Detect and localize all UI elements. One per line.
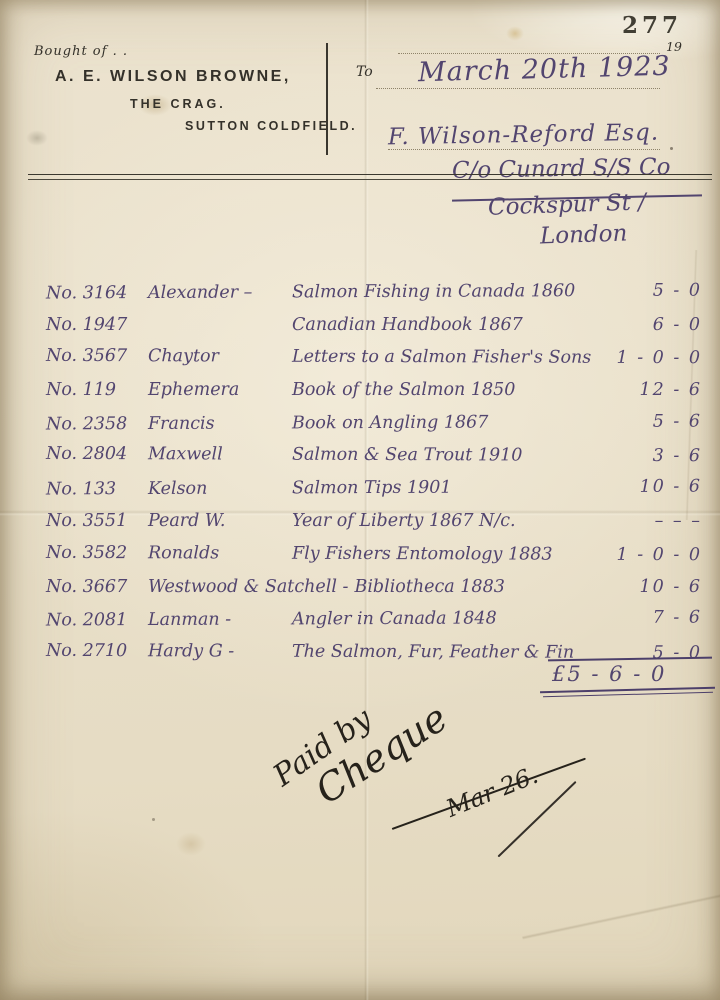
- item-price: 12 - 6: [594, 380, 708, 400]
- item-author: Ronalds: [148, 543, 292, 564]
- item-no: No. 133: [46, 479, 148, 499]
- item-author: Chaytor: [148, 347, 292, 368]
- item-title: Salmon Tips 1901: [292, 478, 594, 499]
- item-no: No. 119: [46, 380, 148, 400]
- item-no: No. 3582: [46, 543, 148, 563]
- to-label: To: [356, 64, 373, 80]
- invoice-paper: 277 Bought of . . A. E. WILSON BROWNE, T…: [0, 0, 720, 1000]
- item-price: 5 - 6: [594, 412, 708, 432]
- item-author: Westwood & Satchell -: [148, 577, 354, 597]
- item-price: 5 - 0: [594, 643, 708, 663]
- bottom-right-crease: [522, 888, 720, 940]
- item-author: Ephemera: [148, 380, 292, 400]
- ink-speck: [670, 147, 673, 150]
- double-rule-top: [28, 174, 712, 175]
- table-row: No. 2804 Maxwell Salmon & Sea Trout 1910…: [46, 438, 708, 473]
- item-no: No. 3667: [46, 577, 148, 597]
- item-no: No. 3567: [46, 347, 148, 367]
- handwritten-date: March 20th 1923: [418, 53, 671, 87]
- table-row: No. 133 Kelson Salmon Tips 1901 10 - 6: [46, 471, 708, 507]
- item-price: 5 - 0: [594, 281, 708, 301]
- total-underline-2: [543, 692, 713, 698]
- item-author: Francis: [148, 413, 292, 434]
- stain: [26, 130, 48, 146]
- handwritten-street: Cockspur St /: [488, 191, 647, 219]
- total-amount: £5 - 6 - 0: [552, 662, 666, 686]
- seller-name: A. E. WILSON BROWNE,: [55, 68, 291, 86]
- item-no: No. 2081: [46, 610, 148, 630]
- table-row: No. 3567 Chaytor Letters to a Salmon Fis…: [46, 340, 708, 375]
- stain: [506, 26, 524, 41]
- item-price: 3 - 6: [594, 447, 708, 467]
- item-title: Bibliotheca 1883: [354, 577, 594, 597]
- seller-address-line2: SUTTON COLDFIELD.: [185, 119, 357, 133]
- item-title: Year of Liberty 1867 N/c.: [292, 511, 594, 531]
- item-author: Alexander –: [148, 283, 292, 304]
- item-price: 1 - 0 - 0: [594, 545, 708, 565]
- item-no: No. 2358: [46, 414, 148, 434]
- item-list: No. 3164 Alexander – Salmon Fishing in C…: [46, 276, 708, 668]
- item-title: Canadian Handbook 1867: [292, 315, 594, 335]
- double-rule-bottom: [28, 179, 712, 180]
- bought-of-label: Bought of . .: [34, 44, 128, 59]
- item-author: Peard W.: [148, 511, 292, 531]
- item-author: Kelson: [148, 479, 292, 500]
- item-author: Hardy G -: [148, 641, 292, 662]
- seller-address-line1: THE CRAG.: [130, 97, 226, 111]
- table-row: No. 119 Ephemera Book of the Salmon 1850…: [46, 374, 708, 407]
- item-title: Book of the Salmon 1850: [292, 380, 594, 400]
- folio-number-stamp: 277: [622, 12, 682, 39]
- item-price: 7 - 6: [594, 608, 708, 628]
- item-title: Salmon & Sea Trout 1910: [292, 445, 594, 466]
- item-title: Book on Angling 1867: [292, 412, 594, 433]
- item-no: No. 3164: [46, 283, 148, 303]
- handwritten-city: London: [540, 222, 628, 248]
- table-row: No. 1947 Canadian Handbook 1867 6 - 0: [46, 309, 708, 342]
- table-row: No. 2358 Francis Book on Angling 1867 5 …: [46, 405, 708, 441]
- item-title: Fly Fishers Entomology 1883: [292, 544, 594, 565]
- item-price: 10 - 6: [594, 577, 708, 597]
- item-no: No. 2804: [46, 445, 148, 465]
- item-price: – – –: [594, 511, 708, 531]
- item-price: 10 - 6: [594, 477, 708, 497]
- table-row: No. 3582 Ronalds Fly Fishers Entomology …: [46, 536, 708, 571]
- table-row: No. 3164 Alexander – Salmon Fishing in C…: [46, 275, 708, 311]
- table-row: No. 3551 Peard W. Year of Liberty 1867 N…: [46, 505, 708, 538]
- item-no: No. 3551: [46, 511, 148, 531]
- item-price: 6 - 0: [594, 315, 708, 335]
- item-author: Lanman -: [148, 610, 292, 631]
- item-price: 1 - 0 - 0: [594, 348, 708, 368]
- item-no: No. 1947: [46, 315, 148, 335]
- table-row: No. 3667 Westwood & Satchell - Bibliothe…: [46, 570, 708, 603]
- ink-speck: [152, 818, 155, 821]
- annotation-underline-stroke: [392, 758, 586, 830]
- item-author: Maxwell: [148, 445, 292, 466]
- table-row: No. 2081 Lanman - Angler in Canada 1848 …: [46, 601, 708, 637]
- stain: [176, 832, 206, 856]
- item-no: No. 2710: [46, 641, 148, 661]
- handwritten-recipient: F. Wilson-Reford Esq.: [388, 122, 659, 150]
- header-divider-line: [326, 43, 328, 155]
- item-title: Salmon Fishing in Canada 1860: [292, 281, 594, 302]
- item-title: Letters to a Salmon Fisher's Sons: [292, 347, 594, 368]
- item-title: Angler in Canada 1848: [292, 608, 594, 629]
